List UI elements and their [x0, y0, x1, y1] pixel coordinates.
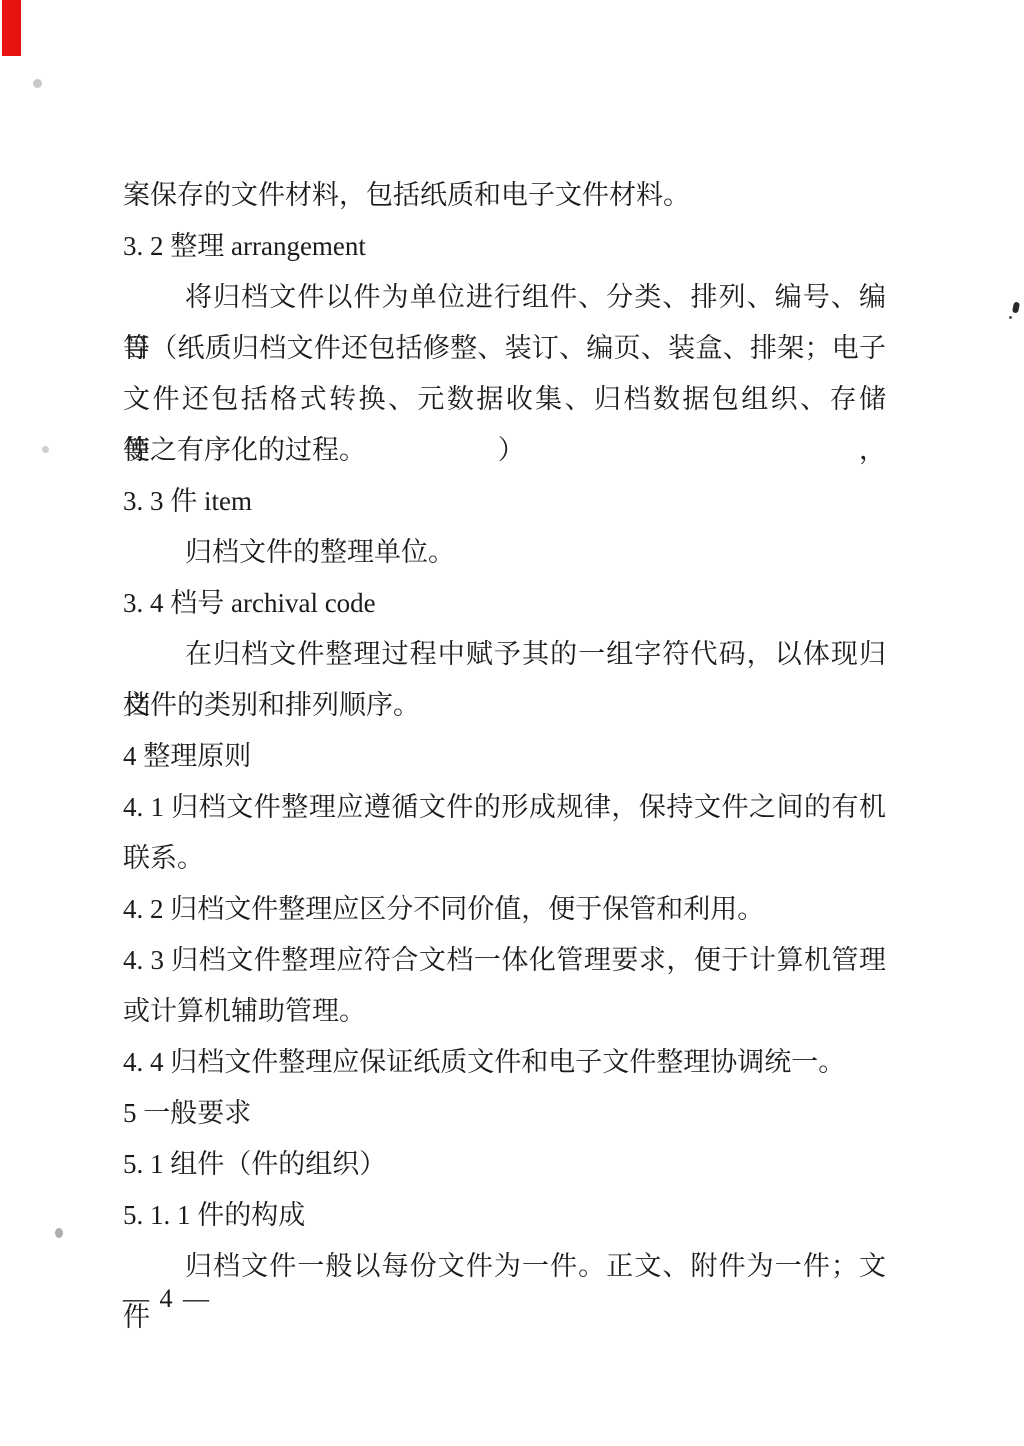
- text-line: 归档文件一般以每份文件为一件。正文、附件为一件；文件: [123, 1241, 886, 1292]
- text-line: 或计算机辅助管理。: [123, 986, 886, 1037]
- text-line: 4. 4 归档文件整理应保证纸质文件和电子文件整理协调统一。: [123, 1037, 886, 1088]
- section-heading: 5. 1 组件（件的组织）: [123, 1139, 886, 1190]
- page-number: — 4 —: [123, 1282, 211, 1316]
- scan-speck: [33, 79, 42, 88]
- section-heading: 3. 2 整理 arrangement: [123, 221, 886, 272]
- text-line: 在归档文件整理过程中赋予其的一组字符代码，以体现归档: [123, 629, 886, 680]
- section-heading: 5. 1. 1 件的构成: [123, 1190, 886, 1241]
- text-line: 4. 3 归档文件整理应符合文档一体化管理要求，便于计算机管理: [123, 935, 886, 986]
- text-line: 等（纸质归档文件还包括修整、装订、编页、装盒、排架；电子: [123, 323, 886, 374]
- scan-mark-right-dot: [1009, 316, 1012, 319]
- section-heading: 5 一般要求: [123, 1088, 886, 1139]
- text-line: 联系。: [123, 833, 886, 884]
- scan-speck: [55, 1228, 63, 1238]
- text-line: 文件还包括格式转换、元数据收集、归档数据包组织、存储等），: [123, 374, 886, 425]
- text-line: 归档文件的整理单位。: [123, 527, 886, 578]
- scanned-document-page: 案保存的文件材料，包括纸质和电子文件材料。 3. 2 整理 arrangemen…: [0, 0, 1024, 1446]
- text-line: 4. 2 归档文件整理应区分不同价值，便于保管和利用。: [123, 884, 886, 935]
- text-line: 4. 1 归档文件整理应遵循文件的形成规律，保持文件之间的有机: [123, 782, 886, 833]
- text-line: 将归档文件以件为单位进行组件、分类、排列、编号、编目: [123, 272, 886, 323]
- scan-speck: [42, 446, 49, 453]
- text-line: 文件的类别和排列顺序。: [123, 680, 886, 731]
- red-corner-mark: [2, 0, 21, 56]
- text-line: 案保存的文件材料，包括纸质和电子文件材料。: [123, 170, 886, 221]
- scan-mark-right: [1012, 301, 1020, 313]
- section-heading: 3. 4 档号 archival code: [123, 578, 886, 629]
- section-heading: 3. 3 件 item: [123, 476, 886, 527]
- section-heading: 4 整理原则: [123, 731, 886, 782]
- document-text-block: 案保存的文件材料，包括纸质和电子文件材料。 3. 2 整理 arrangemen…: [123, 170, 886, 1292]
